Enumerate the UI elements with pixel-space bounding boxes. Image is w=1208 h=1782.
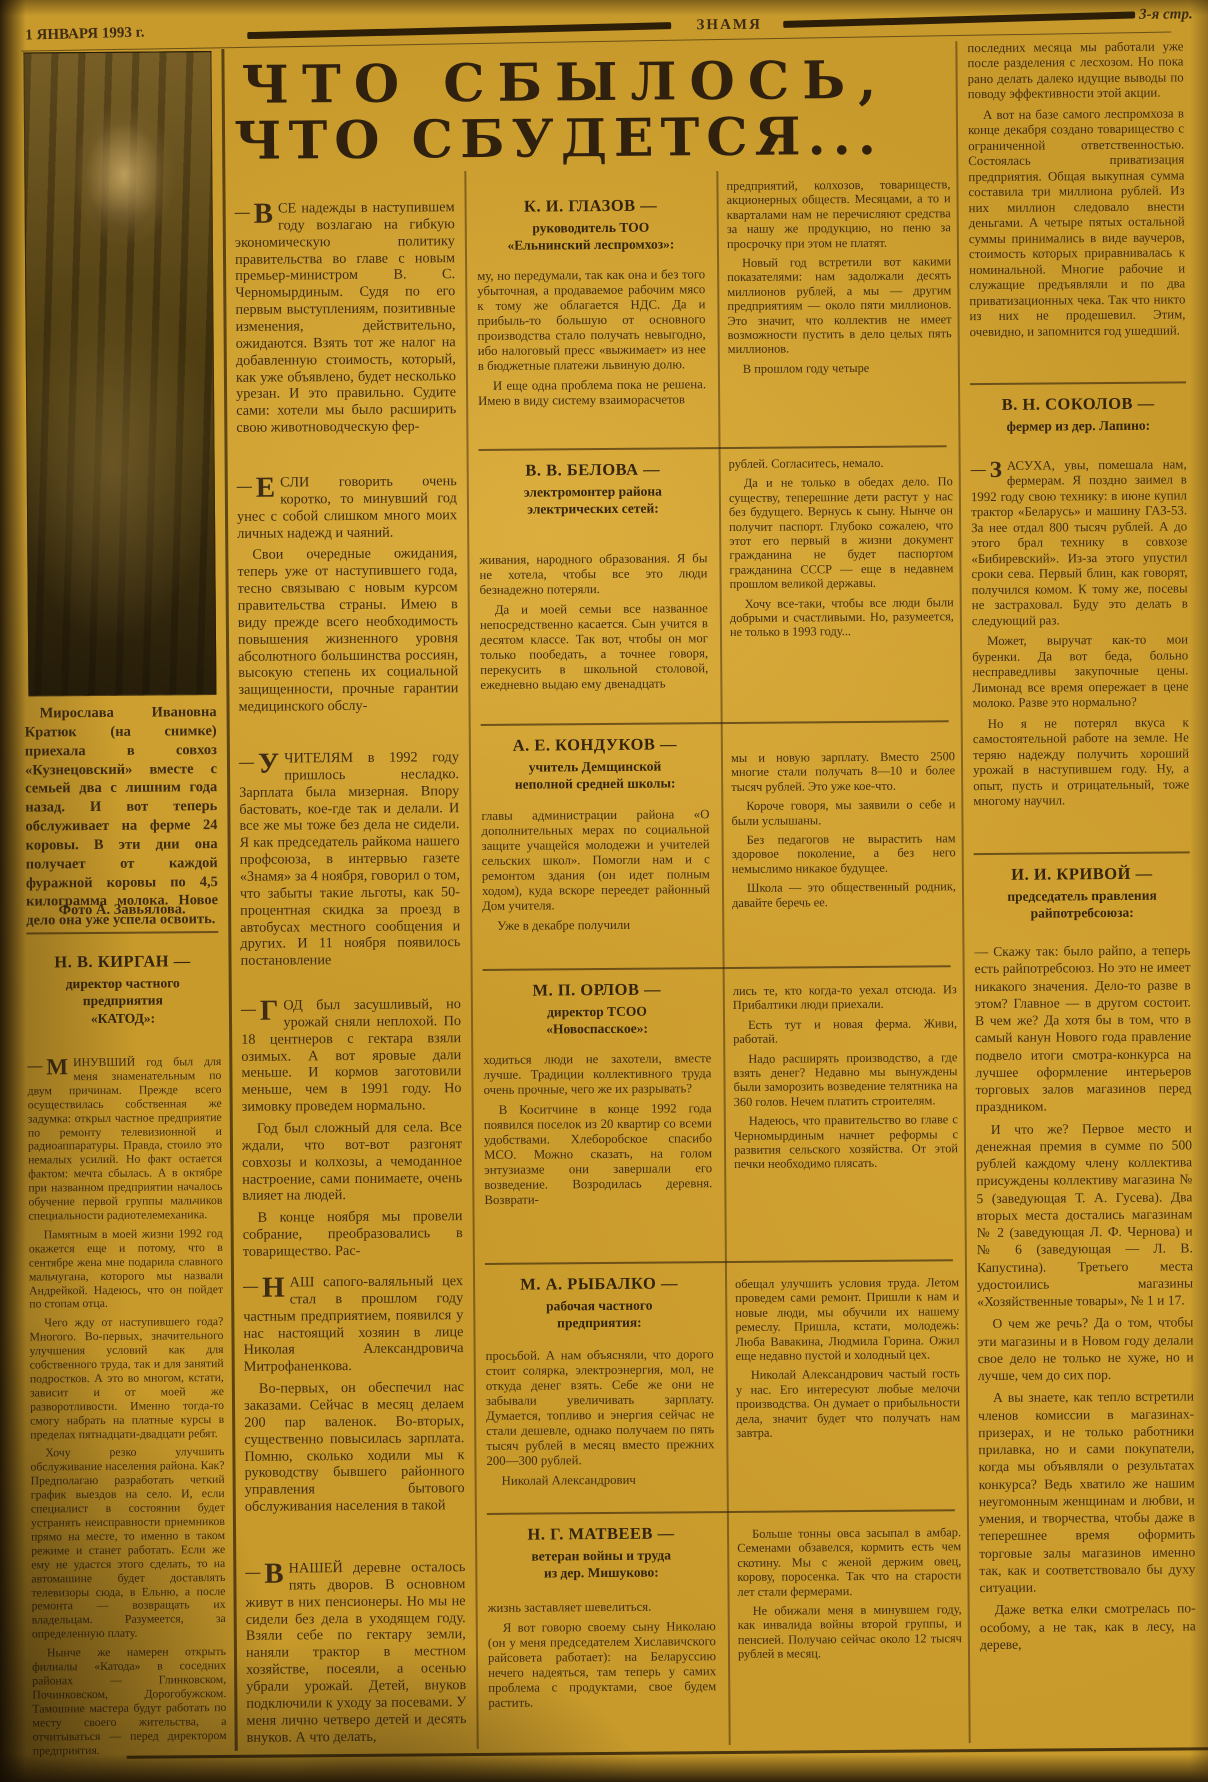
section-header-krivoy: И. И. КРИВОЙ — председатель правления ра… (974, 863, 1190, 922)
paragraph: Без педагогов не вырастить нам здоровое … (732, 831, 956, 876)
paragraph: Николай Александрович частый гость у нас… (736, 1367, 961, 1441)
paragraph: —МИНУВШИЙ год был для меня знаменательны… (27, 1055, 222, 1223)
paragraph: Уже в декабре получили (482, 917, 710, 934)
section-header-matveev: Н. Г. МАТВЕЕВ — ветеран войны и труда из… (487, 1523, 715, 1582)
answer-segment-v-nashey: —ВНАШЕЙ деревне осталось пять дворов. В … (245, 1559, 466, 1751)
paragraph: Хочу резко улучшить обслуживание населен… (30, 1445, 226, 1641)
dropcap-lead: —Н (243, 1276, 285, 1300)
dropcap-letter: М (46, 1057, 68, 1077)
glazov-continuation: предприятий, колхозов, товариществ, акци… (726, 177, 952, 381)
speaker-role-kirgan-2: предприятия (27, 991, 219, 1010)
section-header-r ybalko: М. А. РЫБАЛКО — рабочая частного предпри… (485, 1273, 713, 1332)
paragraph: В прошлом году четыре (728, 360, 952, 376)
paragraph: Больше тонны овса засыпал в амбар. Семен… (737, 1525, 962, 1599)
paragraph: лись те, кто когда-то уехал отсюда. Из П… (733, 982, 957, 1013)
paragraph: Год был сложный для села. Все ждали, что… (242, 1119, 463, 1205)
paragraph: Николай Александрович (487, 1472, 715, 1489)
headline-line2: ЧТО СБУДЕТСЯ... (234, 106, 882, 172)
paragraph: Есть тут и новая ферма. Живи, работай. (733, 1016, 957, 1047)
photo-woman-on-farm (23, 51, 216, 696)
speaker-role-kirgan-1: директор частного (27, 974, 219, 993)
paragraph: Я вот говорю своему сыну Николаю (он у м… (488, 1619, 717, 1711)
paragraph: Памятным в моей жизни 1992 год окажется … (29, 1227, 224, 1312)
column-rule (464, 171, 478, 1749)
speaker-name-rybalko: М. А. РЫБАЛКО — (485, 1273, 713, 1295)
paragraph: главы администрации района «О дополнител… (481, 807, 710, 914)
photo-credit: Фото А. Завьялова. (26, 901, 218, 920)
answer-segment-uchitelyam: —УЧИТЕЛЯМ в 1992 году пришлось несладко.… (239, 749, 461, 975)
matveev-body: жизнь заставляет шевелиться. Я вот говор… (488, 1599, 717, 1716)
paragraph: жизнь заставляет шевелиться. (488, 1599, 716, 1616)
paragraph: Нынче же намерен открыть филиалы «Катода… (32, 1645, 227, 1758)
paragraph: последних месяца мы работали уже после р… (967, 39, 1183, 103)
paragraph: Школа — это общественный родник, давайте… (732, 879, 956, 910)
speaker-name-kirgan: Н. В. КИРГАН — (26, 951, 218, 973)
masthead-rule-left (247, 22, 671, 39)
krivoy-body: — Скажу так: было райпо, а теперь есть р… (974, 941, 1196, 1658)
dropcap-lead: —Е (237, 476, 276, 500)
dropcap-letter: Г (260, 999, 279, 1023)
paragraph: Надо расширять производство, а где взять… (733, 1050, 957, 1109)
paragraph: — Скажу так: было райпо, а теперь есть р… (974, 941, 1191, 1115)
dropcap-letter: В (254, 202, 274, 226)
dropcap-lead: —М (27, 1057, 68, 1077)
section-header-kirgan: Н. В. КИРГАН — директор частного предпри… (26, 951, 219, 1027)
paragraph: А вот на базе самого леспромхоза в конце… (968, 106, 1186, 340)
section-divider (487, 1509, 955, 1515)
speaker-name-matveev: Н. Г. МАТВЕЕВ — (487, 1523, 715, 1545)
speaker-name-belova: В. В. БЕЛОВА — (479, 459, 707, 481)
section-divider (479, 445, 947, 451)
orlov-continuation: лись те, кто когда-то уехал отсюда. Из П… (733, 982, 959, 1176)
speaker-name-kondukov: А. Е. КОНДУКОВ — (481, 734, 709, 756)
section-header-kondukov: А. Е. КОНДУКОВ — учитель Демщинской непо… (481, 734, 709, 793)
belova-body: живания, народного образования. Я бы не … (479, 551, 708, 698)
dropcap-lead: —В (245, 1562, 284, 1586)
section-divider (485, 1259, 953, 1265)
speaker-name-sokolov: В. Н. СОКОЛОВ — (970, 393, 1186, 415)
section-header-glazov: К. И. ГЛАЗОВ — руководитель ТОО «Ельнинс… (477, 195, 705, 254)
section-divider (974, 851, 1190, 855)
speaker-role-kirgan-3: «КАТОД»: (27, 1009, 219, 1028)
paragraph: му, но передумали, так как она и без тог… (477, 267, 706, 374)
paragraph: Но я не потерял вкуса к самостоятельной … (973, 715, 1190, 810)
dropcap-lead: —У (239, 752, 279, 776)
rybalko-continuation: обещал улучшить условия труда. Летом про… (735, 1275, 960, 1445)
kondukov-body: главы администрации района «О дополнител… (481, 807, 710, 939)
paragraph: А вы знаете, как тепло встретили членов … (978, 1388, 1196, 1597)
section-divider (970, 381, 1186, 385)
paragraph: просьбой. А нам объясняли, что дорого ст… (486, 1347, 715, 1469)
dropcap-letter: В (264, 1562, 284, 1586)
dropcap-lead: —В (235, 202, 274, 226)
kirgan-body: —МИНУВШИЙ год был для меня знаменательны… (27, 1055, 227, 1763)
masthead-rule-right (783, 11, 1135, 28)
dropcap-letter: Е (256, 476, 276, 500)
speaker-name-krivoy: И. И. КРИВОЙ — (974, 863, 1190, 885)
section-header-sokolov: В. Н. СОКОЛОВ — фермер из дер. Лапино: (970, 393, 1186, 435)
paragraph: обещал улучшить условия труда. Летом про… (735, 1275, 960, 1363)
sokolov-body: —ЗАСУХА, увы, помешала нам, фермерам. Я … (971, 457, 1190, 814)
paragraph: Да и не только в обедах дело. По существ… (729, 475, 954, 592)
answer-segment-god: —ГОД был засушливый, но урожай сняли неп… (241, 996, 463, 1266)
answer-segment-vse: —ВСЕ надежды в наступившем году возлагаю… (235, 199, 457, 442)
paragraph: мы и новую зарплату. Вместо 2500 многие … (731, 749, 955, 794)
masthead-page-number: 3-я стр. (1139, 6, 1193, 23)
dropcap-lead: —Г (241, 999, 279, 1023)
paragraph: Новый год встретили вот какими показател… (727, 254, 952, 356)
speaker-name-orlov: М. П. ОРЛОВ — (483, 979, 711, 1001)
paragraph: предприятий, колхозов, товариществ, акци… (726, 177, 951, 251)
paragraph: Да и моей семьи все названное непосредст… (480, 601, 709, 693)
glazov-body: му, но передумали, так как она и без тог… (477, 267, 706, 414)
section-divider (483, 965, 951, 971)
dropcap-lead: —З (971, 460, 1002, 480)
section-divider (481, 720, 949, 726)
masthead-title: ЗНАМЯ (681, 17, 777, 35)
paragraph: ходиться люди не захотели, вместе лучше.… (483, 1051, 711, 1098)
masthead-date: 1 ЯНВАРЯ 1993 г. (25, 25, 145, 45)
paragraph: живания, народного образования. Я бы не … (479, 551, 707, 598)
paragraph: Надеюсь, что правительство во главе с Че… (734, 1112, 958, 1171)
paragraph: Хочу все-таки, чтобы все люди были добры… (730, 595, 954, 640)
matveev-continuation: Больше тонны овса засыпал в амбар. Семен… (737, 1525, 962, 1666)
answer-segment-esli: —ЕСЛИ говорить очень коротко, то минувши… (237, 473, 459, 721)
paragraph: О чем же речь? Да о том, чтобы эти магаз… (977, 1314, 1194, 1385)
newspaper-page: 1 ЯНВАРЯ 1993 г. ЗНАМЯ 3-я стр. ЧТО СБЫЛ… (0, 0, 1208, 1782)
paragraph: Короче говоря, мы заявили о себе и были … (731, 797, 955, 828)
paragraph: Даже ветка елки смотрелась по-особому, а… (980, 1600, 1196, 1653)
paragraph: В Коситчине в конце 1992 года появился п… (484, 1101, 713, 1208)
lespromhoz-continuation: последних месяца мы работали уже после р… (967, 39, 1185, 345)
section-header-belova: В. В. БЕЛОВА — электромонтер района элек… (479, 459, 707, 518)
paragraph: Не обижали меня в минувшем году, как инв… (738, 1602, 962, 1661)
kondukov-continuation: мы и новую зарплату. Вместо 2500 многие … (731, 749, 956, 915)
column-rule (716, 171, 730, 1745)
rybalko-body: просьбой. А нам объясняли, что дорого ст… (486, 1347, 715, 1494)
dropcap-letter: У (258, 752, 279, 776)
photo-caption: Мирослава Ивановна Кратюк (на снимке) пр… (25, 703, 219, 931)
paragraph: В конце ноября мы провели собрание, прео… (242, 1208, 462, 1260)
speaker-name-glazov: К. И. ГЛАЗОВ — (477, 195, 705, 217)
paragraph: Может, выручат как-то мои буренки. Да во… (972, 633, 1189, 712)
paragraph: Во-первых, он обеспечил нас заказами. Се… (244, 1379, 465, 1516)
orlov-body: ходиться люди не захотели, вместе лучше.… (483, 1051, 712, 1212)
answer-segment-nash: —НАШ сапого-валяльный цех стал в прошлом… (243, 1273, 465, 1521)
dropcap-letter: Н (262, 1276, 285, 1300)
paragraph: рублей. Согласитесь, немало. (729, 455, 953, 471)
paragraph: Чего жду от наступившего года? Многого. … (29, 1315, 224, 1442)
section-header-orlov: М. П. ОРЛОВ — директор ТСОО «Новоспасско… (483, 979, 711, 1038)
paragraph: И что же? Первое место и денежная премия… (976, 1119, 1193, 1310)
paragraph: И еще одна проблема пока не решена. Имею… (478, 377, 706, 409)
dropcap-letter: З (990, 460, 1002, 480)
paragraph: Свои очередные ожидания, теперь уже от н… (237, 546, 458, 716)
belova-continuation: рублей. Согласитесь, немало. Да и не тол… (729, 455, 954, 644)
